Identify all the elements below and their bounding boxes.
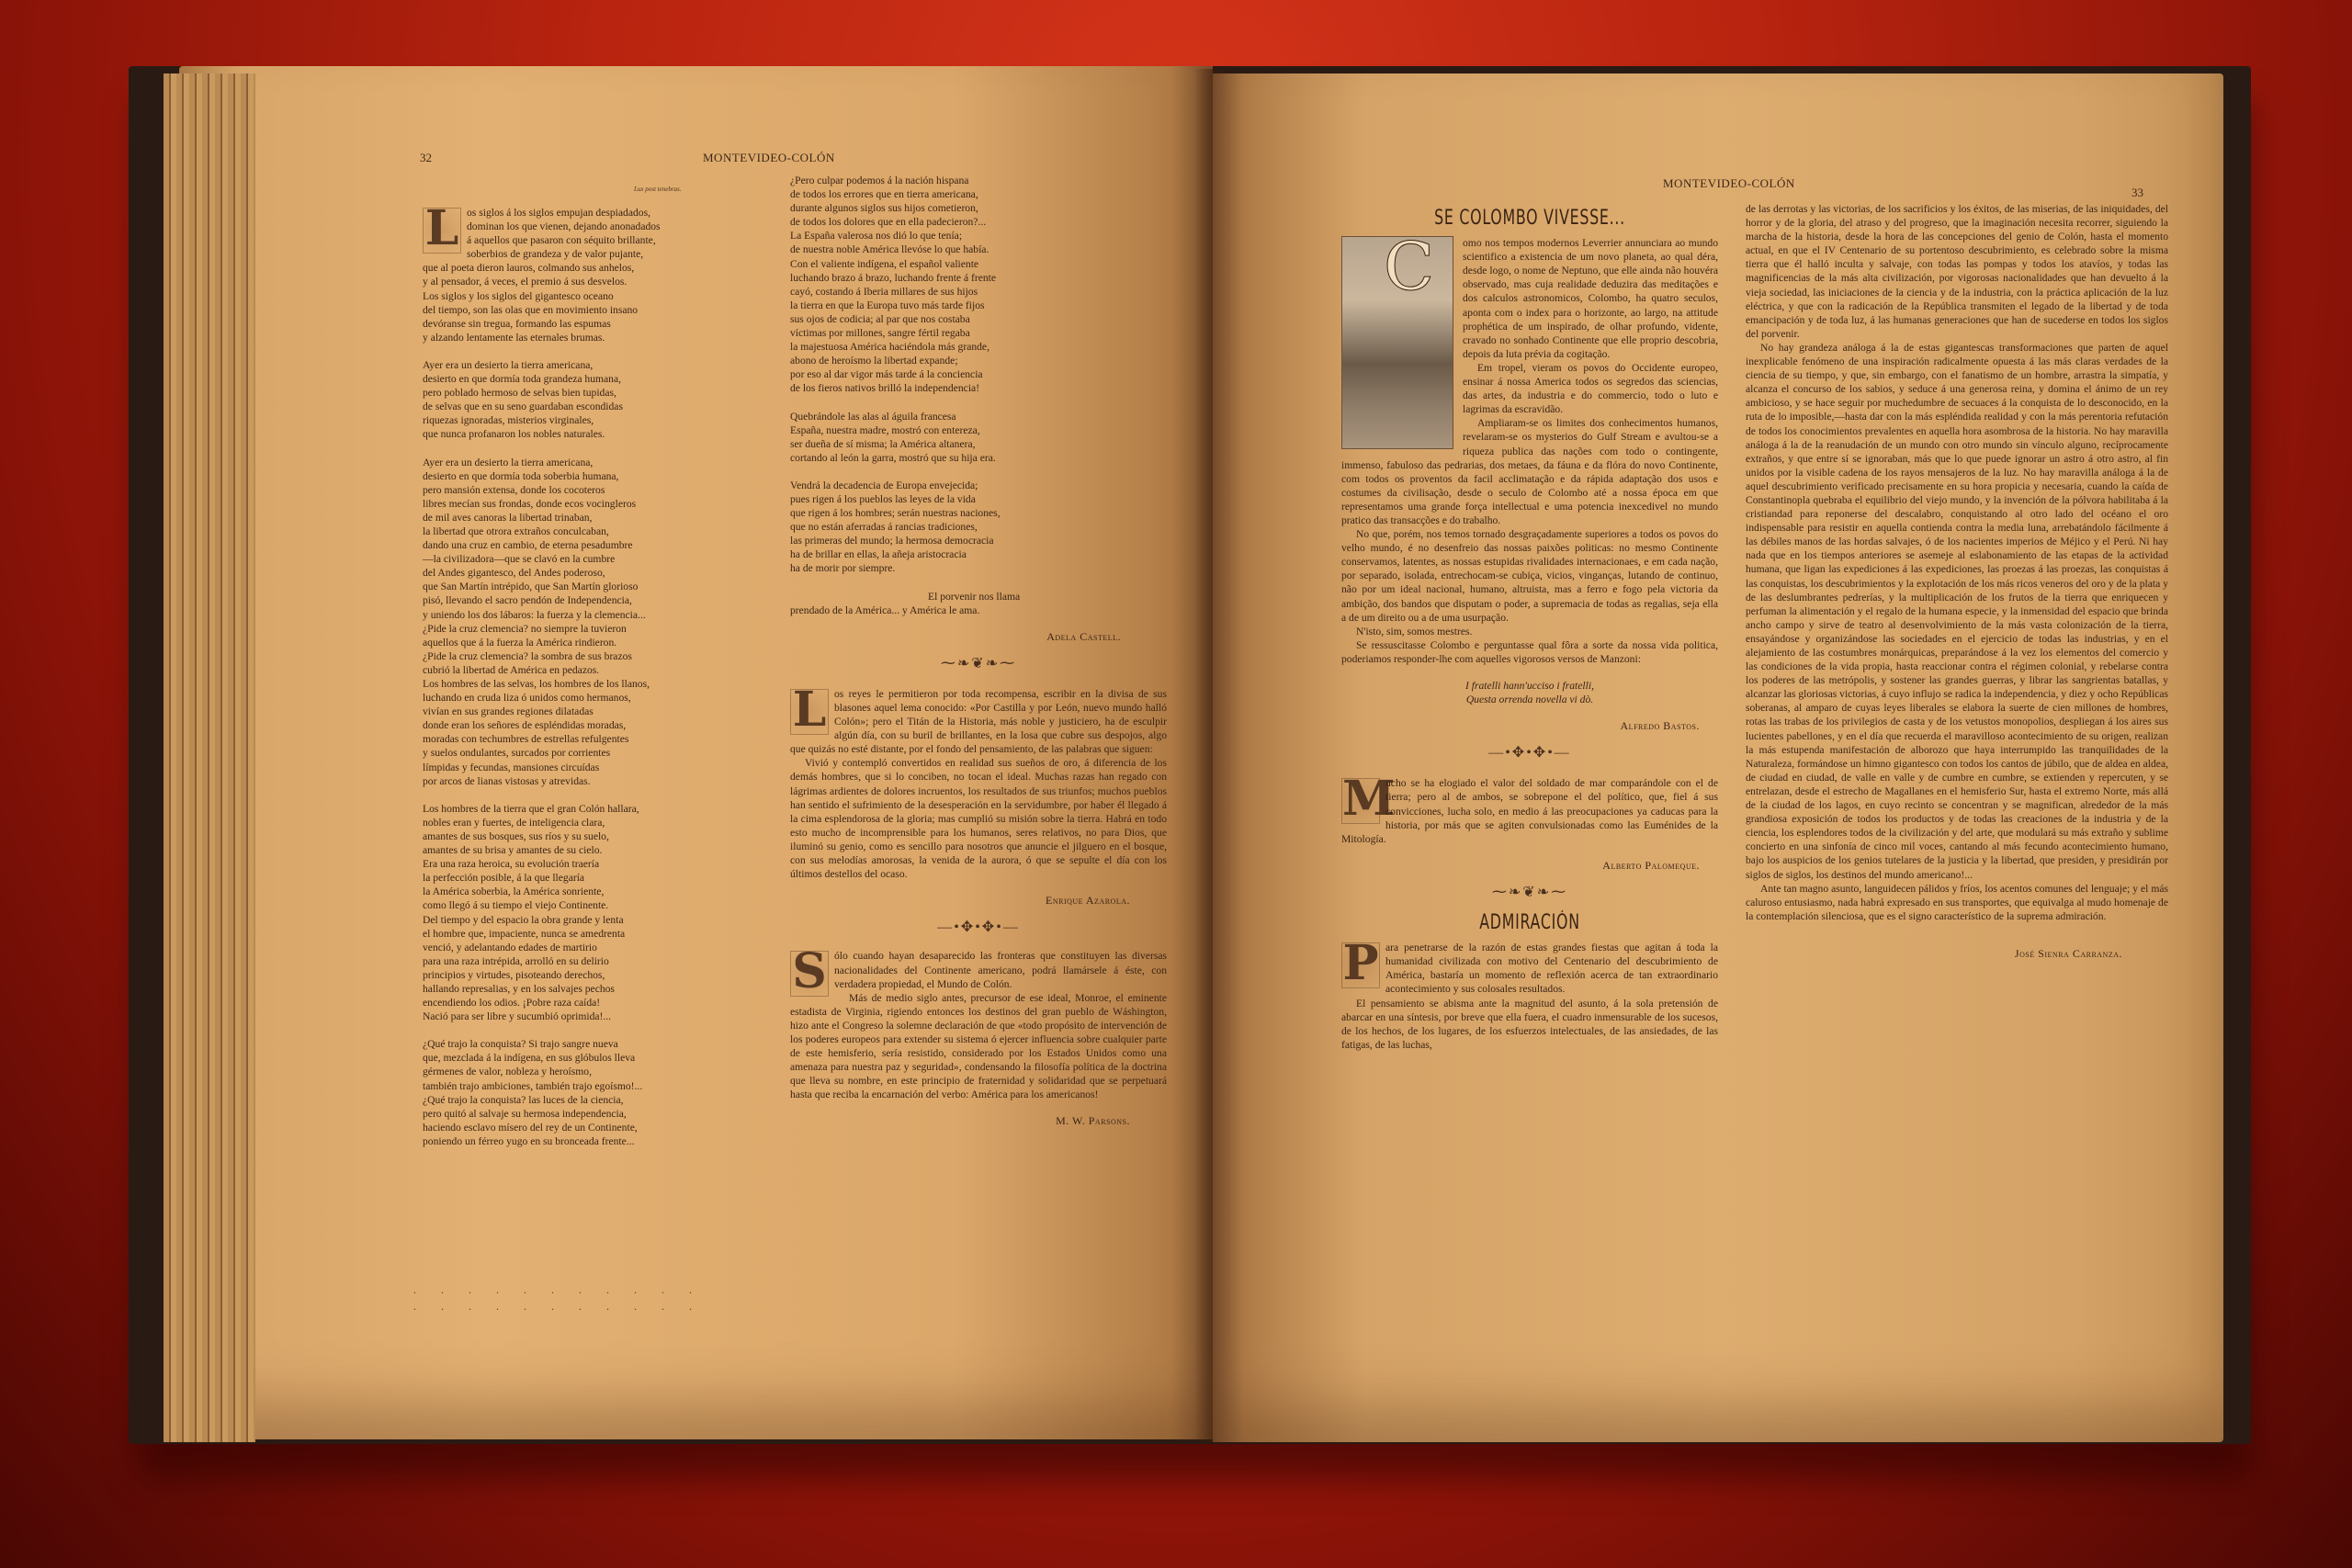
ellipsis-dots-line-2: . . . . . . . . . . . . . . . . . . . . … (413, 1300, 717, 1314)
dropcap-M: M (1341, 778, 1380, 824)
parsons-article: S ólo cuando hayan desaparecido las fron… (790, 949, 1167, 1128)
article-title-se-colombo-vivesse: SE COLOMBO VIVESSE... (1394, 211, 1665, 225)
verse-line: os siglos á los siglos empujan despiadad… (423, 206, 726, 220)
verse-line: y uniendo los dos lábaros: la fuerza y l… (423, 608, 726, 622)
verse-line: ¿Pide la cruz clemencia? la sombra de su… (423, 649, 726, 663)
verse-line: Vendrá la decadencia de Europa envejecid… (790, 479, 1167, 492)
stanza: Los siglos á los siglos empujan despiada… (423, 206, 726, 344)
verse-line: Quebrándole las alas al águila francesa (790, 410, 1167, 423)
leaf-ornament-icon: ⁓❧❦❧⁓ (790, 657, 1167, 671)
author-alberto-palomeque: Alberto Palomeque. (1341, 859, 1700, 873)
verse-line: que no están aferradas á rancias tradici… (790, 520, 1167, 534)
verse-line: desierto en que dormía toda soberbia hum… (423, 469, 726, 483)
duck-pond-illustration: C (1341, 236, 1453, 449)
left-column-2: ¿Pero culpar podemos á la nación hispana… (790, 174, 1167, 1129)
azarola-article: L os reyes le permitieron por toda recom… (790, 687, 1167, 908)
author-alfredo-bastos: Alfredo Bastos. (1341, 719, 1700, 733)
author-parsons: M. W. Parsons. (790, 1114, 1130, 1128)
page-number-left: 32 (420, 151, 432, 165)
verse-line: pisó, llevando el sacro pendón de Indepe… (423, 593, 726, 607)
verse-line: de los fieros nativos brilló la independ… (790, 381, 1167, 395)
verse-line: Ayer era un desierto la tierra americana… (423, 358, 726, 372)
paragraph: N'isto, sim, somos mestres. (1341, 625, 1718, 638)
left-page: 32 MONTEVIDEO-COLÓN Lux post tenebras. L… (179, 66, 1213, 1439)
leaf-ornament-icon: ⁓❧❦❧⁓ (1341, 886, 1718, 899)
dropcap-S: S (790, 951, 829, 997)
verse-line: dando una cruz en cambio, de eterna pesa… (423, 538, 726, 552)
palomeque-article: M ucho se ha elogiado el valor del solda… (1341, 776, 1718, 873)
stanza: Vendrá la decadencia de Europa envejecid… (790, 479, 1167, 576)
dropcap-L: L (790, 689, 829, 735)
verse-line: de todos los dolores que en ella padecie… (790, 215, 1167, 229)
verse-line: la libertad que otrora extraños conculca… (423, 525, 726, 538)
verse-line: que al poeta dieron lauros, colmando sus… (423, 261, 726, 275)
paragraph: os reyes le permitieron por toda recompe… (790, 687, 1167, 756)
verse-line: principios y virtudes, pisoteando derech… (423, 968, 726, 982)
running-head-right: MONTEVIDEO-COLÓN (1663, 176, 1795, 191)
author-enrique-azarola: Enrique Azarola. (790, 894, 1130, 908)
dropcap-L: L (423, 208, 461, 254)
bastos-article: C omo nos tempos modernos Leverrier annu… (1341, 236, 1718, 733)
verse-line: durante algunos siglos sus hijos cometie… (790, 201, 1167, 215)
verse-line: de mil aves canoras la libertad trinaban… (423, 511, 726, 525)
dropcap-C: C (1384, 260, 1434, 274)
manzoni-quote: I fratelli hann'ucciso i fratelli, Quest… (1341, 679, 1718, 706)
stanza: Ayer era un desierto la tierra americana… (423, 456, 726, 788)
verse-line: cayó, costando á Iberia millares de sus … (790, 285, 1167, 299)
verse-line: donde eran los señores de espléndidas mo… (423, 718, 726, 732)
verse-line: por eso al dar vigor más tarde á la conc… (790, 367, 1167, 381)
verse-line: y suelos ondulantes, surcados por corrie… (423, 746, 726, 760)
verse-line: hallando represalias, y en los salvajes … (423, 982, 726, 996)
closing-line: prendado de la América... y América le a… (790, 604, 1167, 617)
verse-line: amantes de sus bosques, sus ríos y su su… (423, 829, 726, 843)
verse-line: para una raza intrépida, arrolló en su d… (423, 954, 726, 968)
paragraph: Se ressuscitasse Colombo e perguntasse q… (1341, 638, 1718, 666)
verse-line: luchando brazo á brazo, luchando frente … (790, 271, 1167, 285)
paragraph: Más de medio siglo antes, precursor de e… (790, 991, 1167, 1102)
right-column-2: de las derrotas y las victorias, de los … (1746, 202, 2168, 961)
poem-column-2: ¿Pero culpar podemos á la nación hispana… (790, 174, 1167, 576)
right-column-1: SE COLOMBO VIVESSE... C omo nos tempos m… (1341, 211, 1718, 1052)
stanza: Los hombres de la tierra que el gran Col… (423, 802, 726, 1024)
verse-line: España, nuestra madre, mostró con entere… (790, 423, 1167, 437)
author-jose-sienra-carranza: José Sienra Carranza. (1746, 947, 2122, 961)
paragraph: Ante tan magno asunto, languidecen pálid… (1746, 882, 2168, 923)
paragraph: de las derrotas y las victorias, de los … (1746, 202, 2168, 341)
verse-line: que, mezclada á la indígena, en sus glób… (423, 1051, 726, 1065)
verse-line: poniendo un férreo yugo en su bronceada … (423, 1134, 726, 1148)
verse-line: pero poblado hermoso de selvas bien tupi… (423, 386, 726, 400)
verse-line: Era una raza heroica, su evolución traer… (423, 857, 726, 871)
verse-line: Los hombres de las selvas, los hombres d… (423, 677, 726, 691)
paragraph: El pensamiento se abisma ante la magnitu… (1341, 997, 1718, 1052)
paragraph: No que, porém, nos temos tornado desgraç… (1341, 527, 1718, 625)
verse-line: Nació para ser libre y sucumbió oprimida… (423, 1010, 726, 1023)
stanza: ¿Qué trajo la conquista? Si trajo sangre… (423, 1037, 726, 1148)
verse-line: de selvas que en su seno guardaban escon… (423, 400, 726, 413)
verse-line: pues rigen á los pueblos las leyes de la… (790, 492, 1167, 506)
verse-line: Los siglos y los siglos del gigantesco o… (423, 289, 726, 303)
verse-line: ha de brillar en ellas, la añeja aristoc… (790, 547, 1167, 561)
verse-line: que San Martín intrépido, que San Martín… (423, 580, 726, 593)
verse-line: dominan los que vienen, dejando anonadad… (423, 220, 726, 233)
verse-line: encendiendo los odios. ¡Pobre raza caída… (423, 996, 726, 1010)
verse-line: venció, y adelantando edades de martirio (423, 941, 726, 954)
verse-line: de todos los errores que en tierra ameri… (790, 187, 1167, 201)
verse-line: Del tiempo y del espacio la obra grande … (423, 913, 726, 927)
verse-line: ¿Pero culpar podemos á la nación hispana (790, 174, 1167, 187)
verse-line: también trajo ambiciones, también trajo … (423, 1079, 726, 1093)
verse-line: las primeras del mundo; la hermosa democ… (790, 534, 1167, 547)
verse-line: La España valerosa nos dió lo que tenía; (790, 229, 1167, 243)
running-head-left: MONTEVIDEO-COLÓN (703, 151, 835, 165)
ellipsis-dots-line: . . . . . . . . . . . . . . . . . . . . … (413, 1283, 717, 1297)
poem-motto: Lux post tenebras. (634, 186, 682, 193)
verse-line: ¿Qué trajo la conquista? Si trajo sangre… (423, 1037, 726, 1051)
sienra-article-part1: P ara penetrarse de la razón de estas gr… (1341, 941, 1718, 1052)
verse-line: ha de morir por siempre. (790, 561, 1167, 575)
verse-line: ¿Qué trajo la conquista? las luces de la… (423, 1093, 726, 1107)
paragraph: ucho se ha elogiado el valor del soldado… (1341, 776, 1718, 845)
verse-line: amantes de su brisa y amantes de su ciel… (423, 843, 726, 857)
verse-line: la América soberbia, la América sonrient… (423, 885, 726, 898)
verse-line: Ayer era un desierto la tierra americana… (423, 456, 726, 469)
verse-line: por arcos de lianas vistosas y atrevidas… (423, 774, 726, 788)
right-page: MONTEVIDEO-COLÓN 33 SE COLOMBO VIVESSE..… (1213, 73, 2223, 1442)
verse-line: cubrió la libertad de América en pedazos… (423, 663, 726, 677)
paragraph: ara penetrarse de la razón de estas gran… (1341, 941, 1718, 996)
verse-line: el hombre que, impaciente, nunca se amed… (423, 927, 726, 941)
verse-line: del Andes gigantesco, del Andes poderoso… (423, 566, 726, 580)
verse-line: pero quitó al salvaje su hermosa indepen… (423, 1107, 726, 1121)
verse-line: moradas con techumbres de estrellas refu… (423, 732, 726, 746)
paragraph: No hay grandeza análoga á la de estas gi… (1746, 341, 2168, 882)
verse-line: Con el valiente indígena, el español val… (790, 257, 1167, 271)
verse-line: cortando al león la garra, mostró que su… (790, 451, 1167, 465)
paragraph: ólo cuando hayan desaparecido las fronte… (790, 949, 1167, 990)
dropcap-P: P (1341, 942, 1380, 988)
verse-line: y al pensador, á veces, el premio á sus … (423, 275, 726, 288)
quote-line: I fratelli hann'ucciso i fratelli, (1341, 679, 1718, 693)
verse-line: á aquellos que pasaron con séquito brill… (423, 233, 726, 247)
scroll-ornament-icon: —•✥•✥•— (1341, 746, 1718, 760)
verse-line: la perfección posible, á la que llegaría (423, 871, 726, 885)
verse-line: pero mansión extensa, donde los cocotero… (423, 483, 726, 497)
verse-line: como llegó á su tiempo el viejo Continen… (423, 898, 726, 912)
closing-line: El porvenir nos llama (790, 590, 1167, 604)
verse-line: ser dueña de sí misma; la América altane… (790, 437, 1167, 451)
verse-line: libres mecían sus frondas, donde ecos vo… (423, 497, 726, 511)
verse-line: sus ojos de codicia; al par que nos cost… (790, 312, 1167, 326)
verse-line: soberbios de grandeza y de valor pujante… (423, 247, 726, 261)
page-stack-edge (164, 73, 255, 1442)
stanza: ¿Pero culpar podemos á la nación hispana… (790, 174, 1167, 396)
verse-line: que nunca profanaron los nobles naturale… (423, 427, 726, 441)
verse-line: abono de heroísmo la libertad expande; (790, 354, 1167, 367)
verse-line: nobles eran y fuertes, de inteligencia c… (423, 816, 726, 829)
verse-line: luchando en cruda liza ó unidos como her… (423, 691, 726, 705)
verse-line: aquellos que á la fuerza la América rind… (423, 636, 726, 649)
verse-line: del tiempo, son las olas que en movimien… (423, 303, 726, 317)
stanza: Quebrándole las alas al águila francesaE… (790, 410, 1167, 465)
verse-line: límpidas y fecundas, mansiones circuídas (423, 761, 726, 774)
verse-line: y alzando lentamente las eternales bruma… (423, 331, 726, 344)
verse-line: Los hombres de la tierra que el gran Col… (423, 802, 726, 816)
verse-line: víctimas por millones, sangre fértil reg… (790, 326, 1167, 340)
poem-column-1: Los siglos á los siglos empujan despiada… (423, 206, 726, 1162)
verse-line: ¿Pide la cruz clemencia? no siempre la t… (423, 622, 726, 636)
paragraph: Vivió y contempló convertidos en realida… (790, 756, 1167, 881)
verse-line: riquezas ignoradas, misterios virginales… (423, 413, 726, 427)
verse-line: que rigen á los hombres; serán nuestras … (790, 506, 1167, 520)
stanza: Ayer era un desierto la tierra americana… (423, 358, 726, 442)
verse-line: desierto en que dormía toda grandeza hum… (423, 372, 726, 386)
scroll-ornament-icon: —•✥•✥•— (790, 920, 1167, 934)
page-number-right: 33 (2131, 186, 2143, 200)
verse-line: la majestuosa América haciéndola más gra… (790, 340, 1167, 354)
verse-line: gérmenes de valor, nobleza y heroísmo, (423, 1065, 726, 1078)
verse-line: devóranse sin tregua, formando las espum… (423, 317, 726, 331)
verse-line: haciendo esclavo mísero del rey de un Co… (423, 1121, 726, 1134)
verse-line: de nuestra noble América llevóse lo que … (790, 243, 1167, 256)
verse-line: vivían en sus grandes regiones dilatadas (423, 705, 726, 718)
quote-line: Questa orrenda novella vi dò. (1341, 693, 1718, 706)
article-title-admiracion: ADMIRACIÓN (1394, 916, 1665, 930)
verse-line: —la civilizadora—que se clavó en la cumb… (423, 552, 726, 566)
poem-closing: El porvenir nos llama prendado de la Amé… (790, 590, 1167, 617)
verse-line: la tierra en que la Europa tuvo más tard… (790, 299, 1167, 312)
author-adela-castell: Adela Castell. (790, 630, 1121, 644)
